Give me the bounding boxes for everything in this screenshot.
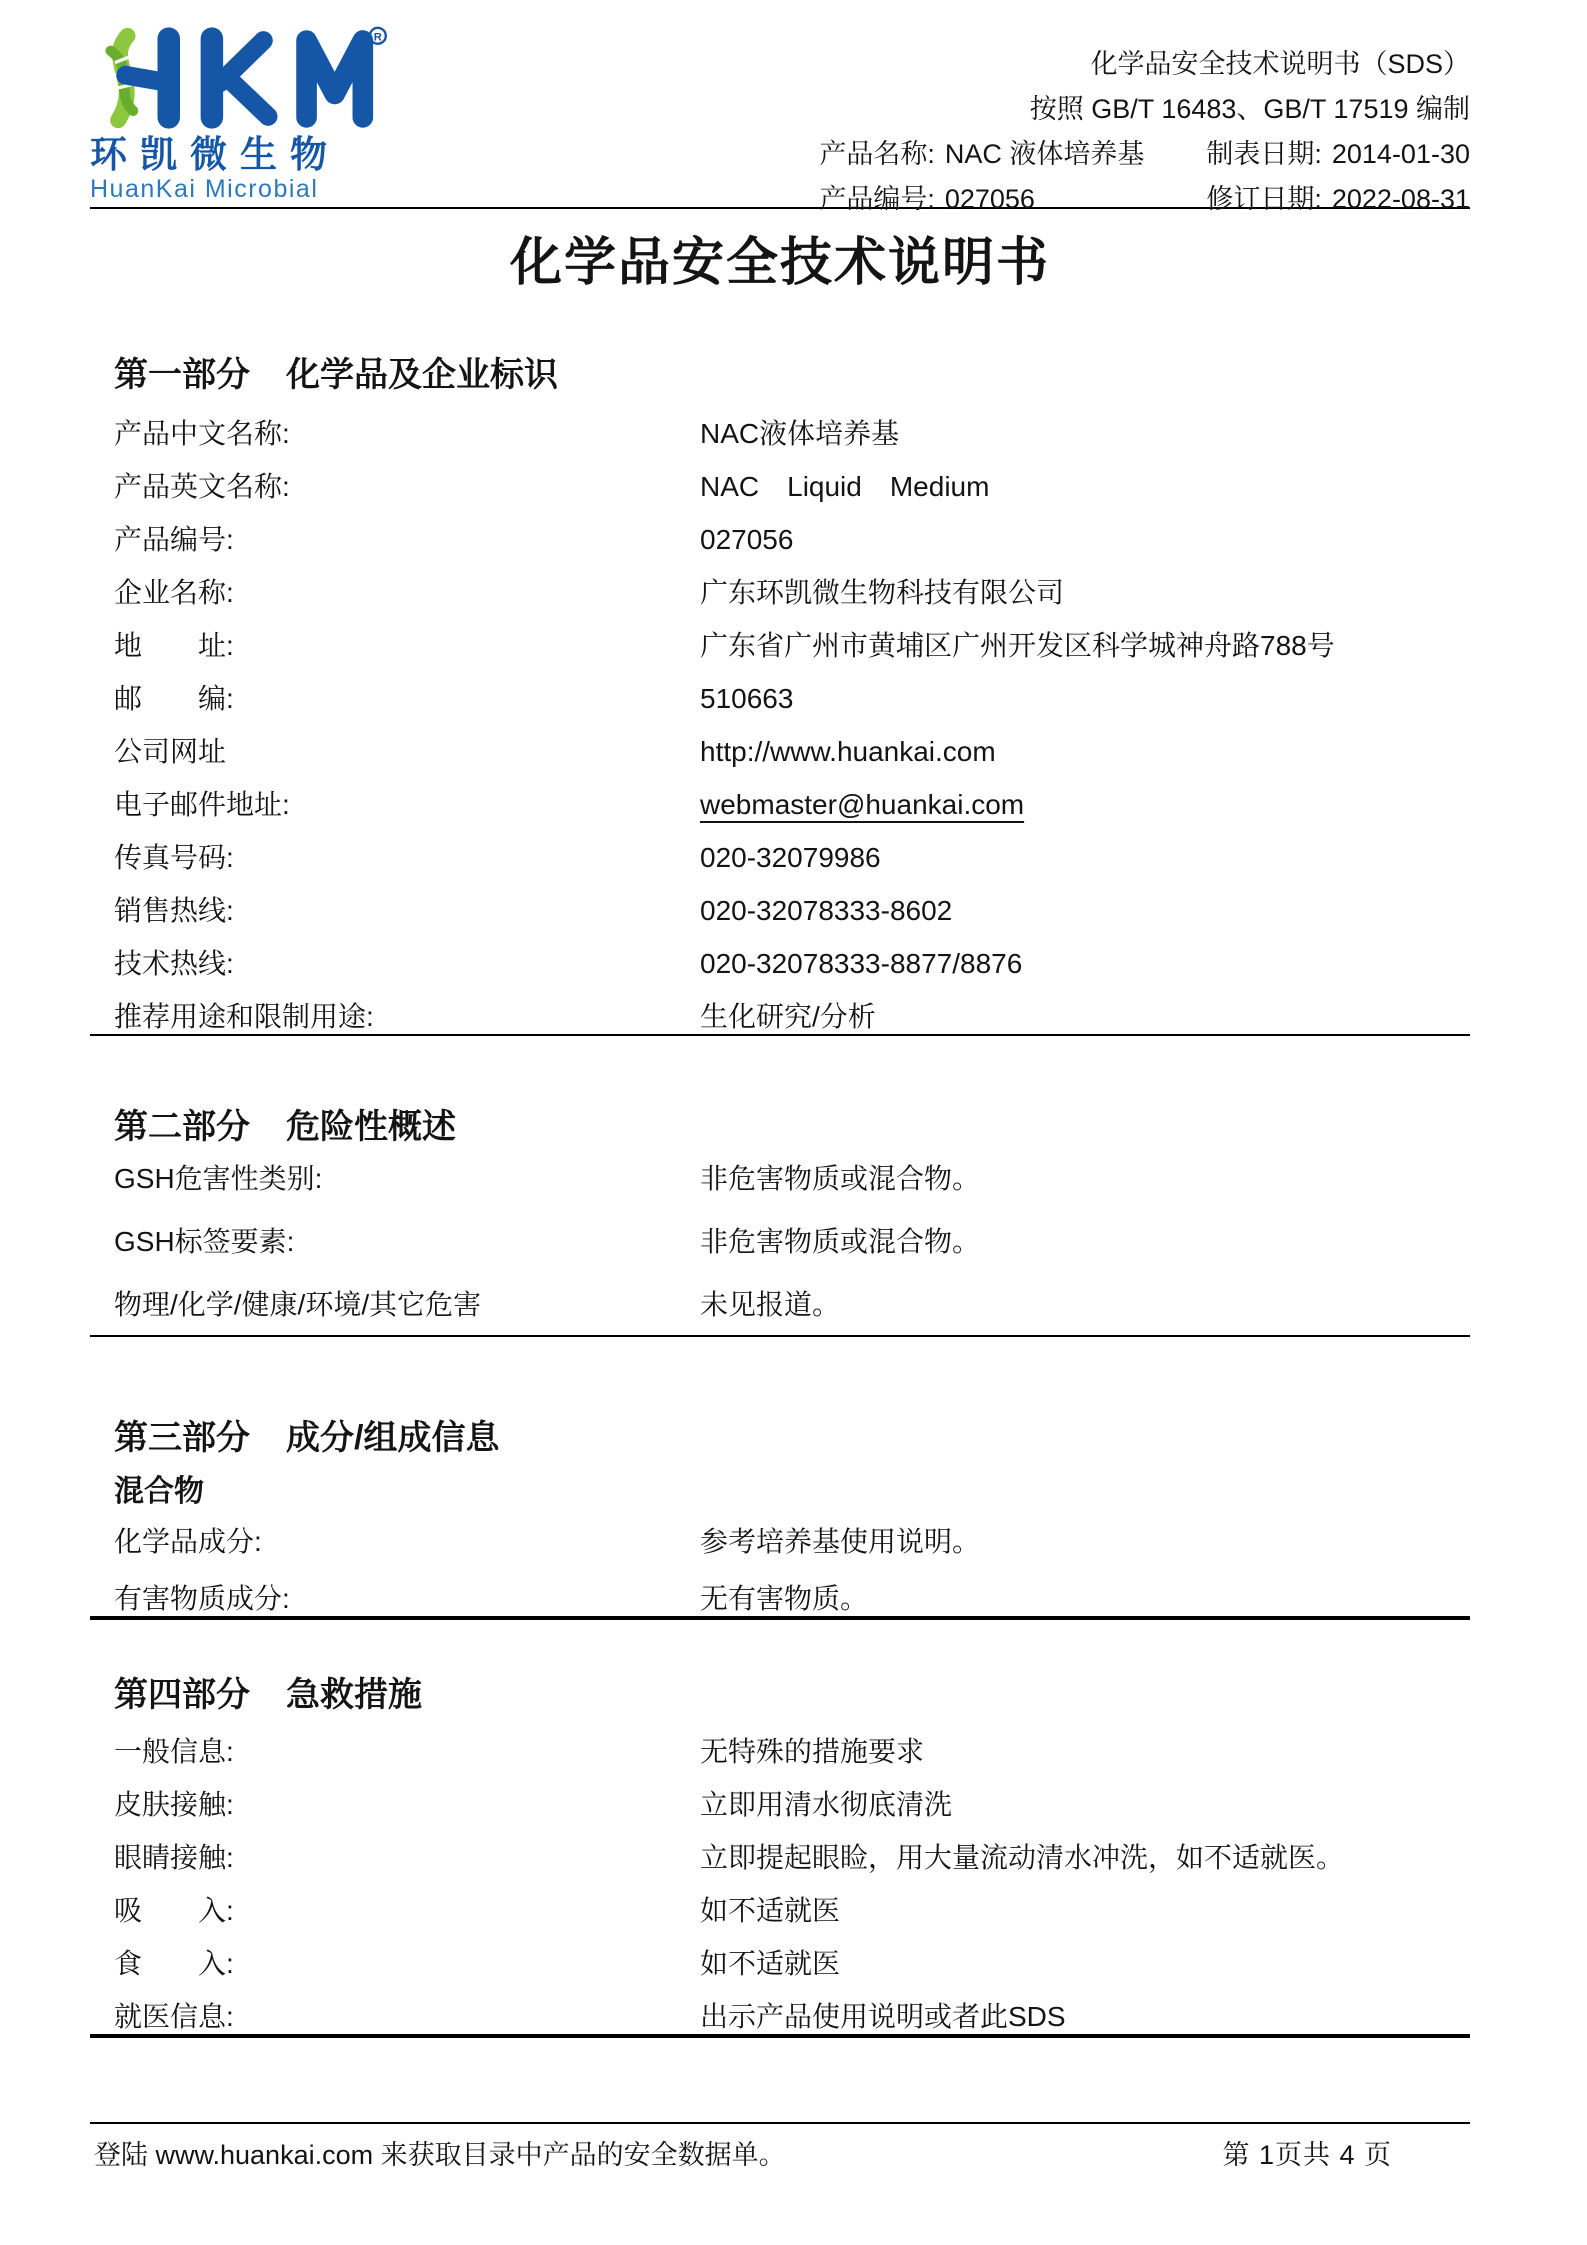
section-3-title: 成分/组成信息 <box>286 1419 499 1457</box>
field-label: 化学品成分: <box>114 1527 700 1557</box>
product-name-label: 产品名称: <box>819 139 935 169</box>
page-footer: 登陆 www.huankai.com 来获取目录中产品的安全数据单。 第 1页共… <box>90 2122 1470 2170</box>
field-label: 电子邮件地址: <box>114 790 700 820</box>
section-2-heading: 第二部分危险性概述 <box>90 1106 1470 1148</box>
field-value: 如不适就医 <box>700 1896 1470 1926</box>
field-label: 眼睛接触: <box>114 1843 700 1873</box>
product-code-field: 产品编号:027056 <box>819 177 1144 222</box>
revised-date-value: 2022-08-31 <box>1332 184 1470 214</box>
field-row-website: 公司网址 http://www.huankai.com <box>90 737 1470 767</box>
field-value: 非危害物质或混合物。 <box>700 1164 1470 1194</box>
field-value: 非危害物质或混合物。 <box>700 1227 1470 1257</box>
field-row-chemical-composition: 化学品成分: 参考培养基使用说明。 <box>90 1527 1470 1557</box>
product-name-value: NAC 液体培养基 <box>945 139 1145 169</box>
field-row-skin-contact: 皮肤接触: 立即用清水彻底清洗 <box>90 1790 1470 1820</box>
section-4-rows: 一般信息: 无特殊的措施要求 皮肤接触: 立即用清水彻底清洗 眼睛接触: 立即提… <box>90 1737 1470 2032</box>
section-2-hazards: 第二部分危险性概述 GSH危害性类别: 非危害物质或混合物。 GSH标签要素: … <box>90 1106 1470 1337</box>
field-row-cn-name: 产品中文名称: NAC液体培养基 <box>90 419 1470 449</box>
mixture-subheading: 混合物 <box>90 1476 1470 1508</box>
field-row-gsh-class: GSH危害性类别: 非危害物质或混合物。 <box>90 1164 1470 1194</box>
field-label: 产品中文名称: <box>114 419 700 449</box>
sds-document-page: R 环凯微生物 HuanKai Microbial 化学品安全技术说明书（SDS… <box>0 0 1587 2245</box>
field-row-tech-hotline: 技术热线: 020-32078333-8877/8876 <box>90 949 1470 979</box>
hkm-letters <box>126 39 363 118</box>
field-row-sales-hotline: 销售热线: 020-32078333-8602 <box>90 896 1470 926</box>
field-row-other-hazards: 物理/化学/健康/环境/其它危害 未见报道。 <box>90 1290 1470 1320</box>
header-meta: 化学品安全技术说明书（SDS） 按照 GB/T 16483、GB/T 17519… <box>819 42 1470 222</box>
field-label: 产品编号: <box>114 525 700 555</box>
hkm-logo: R 环凯微生物 HuanKai Microbial <box>90 26 420 202</box>
field-value: 未见报道。 <box>700 1290 1470 1320</box>
page-indicator: 第 1页共 4 页 <box>1222 2140 1470 2170</box>
section-2-title: 危险性概述 <box>286 1108 456 1146</box>
section-4-title: 急救措施 <box>286 1676 422 1714</box>
field-label: 产品英文名称: <box>114 472 700 502</box>
email-link[interactable]: webmaster@huankai.com <box>700 790 1470 820</box>
field-row-gsh-label: GSH标签要素: 非危害物质或混合物。 <box>90 1227 1470 1257</box>
field-row-fax: 传真号码: 020-32079986 <box>90 843 1470 873</box>
field-value: 如不适就医 <box>700 1949 1470 1979</box>
field-value: 参考培养基使用说明。 <box>700 1527 1470 1557</box>
logo-cn-name: 环凯微生物 <box>90 136 420 173</box>
field-value: 027056 <box>700 525 1470 555</box>
field-label: 吸 入: <box>114 1896 700 1926</box>
field-label: 一般信息: <box>114 1737 700 1767</box>
field-value: 020-32079986 <box>700 843 1470 873</box>
field-row-hazardous-components: 有害物质成分: 无有害物质。 <box>90 1584 1470 1614</box>
section-2-number: 第二部分 <box>114 1108 250 1146</box>
section-3-heading: 第三部分成分/组成信息 <box>90 1417 1470 1459</box>
section-1-heading: 第一部分化学品及企业标识 <box>90 354 1470 396</box>
section-4-heading: 第四部分急救措施 <box>90 1674 1470 1716</box>
standard-line: 按照 GB/T 16483、GB/T 17519 编制 <box>819 87 1470 132</box>
field-row-postcode: 邮 编: 510663 <box>90 684 1470 714</box>
field-value: 立即用清水彻底清洗 <box>700 1790 1470 1820</box>
website-url: http://www.huankai.com <box>700 737 1470 767</box>
field-row-recommended-use: 推荐用途和限制用途: 生化研究/分析 <box>90 1002 1470 1032</box>
field-value: NAC Liquid Medium <box>700 472 1470 502</box>
section-4-first-aid: 第四部分急救措施 一般信息: 无特殊的措施要求 皮肤接触: 立即用清水彻底清洗 … <box>90 1674 1470 2038</box>
field-row-product-code: 产品编号: 027056 <box>90 525 1470 555</box>
section-2-rows: GSH危害性类别: 非危害物质或混合物。 GSH标签要素: 非危害物质或混合物。… <box>90 1164 1470 1320</box>
field-value: 立即提起眼睑，用大量流动清水冲洗，如不适就医。 <box>700 1843 1470 1873</box>
created-date-label: 制表日期: <box>1206 139 1322 169</box>
footer-row: 登陆 www.huankai.com 来获取目录中产品的安全数据单。 第 1页共… <box>90 2140 1470 2170</box>
field-value: 020-32078333-8602 <box>700 896 1470 926</box>
field-value: 出示产品使用说明或者此SDS <box>700 2002 1470 2032</box>
field-value: 无特殊的措施要求 <box>700 1737 1470 1767</box>
field-label: 就医信息: <box>114 2002 700 2032</box>
section-3-number: 第三部分 <box>114 1419 250 1457</box>
field-value: 广东环凯微生物科技有限公司 <box>700 578 1470 608</box>
svg-text:R: R <box>374 32 382 44</box>
section-1-identification: 第一部分化学品及企业标识 产品中文名称: NAC液体培养基 产品英文名称: NA… <box>90 354 1470 1036</box>
section-4-number: 第四部分 <box>114 1676 250 1714</box>
product-code-label: 产品编号: <box>819 184 935 214</box>
field-row-email: 电子邮件地址: webmaster@huankai.com <box>90 790 1470 820</box>
field-value: 广东省广州市黄埔区广州开发区科学城神舟路788号 <box>700 631 1470 661</box>
field-label: 企业名称: <box>114 578 700 608</box>
field-row-general-info: 一般信息: 无特殊的措施要求 <box>90 1737 1470 1767</box>
field-value: 020-32078333-8877/8876 <box>700 949 1470 979</box>
product-name-field: 产品名称:NAC 液体培养基 <box>819 132 1144 177</box>
product-code-value: 027056 <box>945 184 1035 214</box>
field-row-medical-info: 就医信息: 出示产品使用说明或者此SDS <box>90 2002 1470 2032</box>
field-value: 生化研究/分析 <box>700 1002 1470 1032</box>
field-label: GSH危害性类别: <box>114 1164 700 1194</box>
field-row-company: 企业名称: 广东环凯微生物科技有限公司 <box>90 578 1470 608</box>
field-label: 公司网址 <box>114 737 700 767</box>
created-date-field: 制表日期:2014-01-30 <box>1206 132 1470 177</box>
logo-en-name: HuanKai Microbial <box>90 177 420 202</box>
field-label: 皮肤接触: <box>114 1790 700 1820</box>
section-3-rows: 化学品成分: 参考培养基使用说明。 有害物质成分: 无有害物质。 <box>90 1527 1470 1614</box>
hkm-logo-mark: R <box>90 26 390 130</box>
created-date-value: 2014-01-30 <box>1332 139 1470 169</box>
revised-date-field: 修订日期:2022-08-31 <box>1206 177 1470 222</box>
field-label: 物理/化学/健康/环境/其它危害 <box>114 1290 700 1320</box>
field-row-inhalation: 吸 入: 如不适就医 <box>90 1896 1470 1926</box>
document-header: R 环凯微生物 HuanKai Microbial 化学品安全技术说明书（SDS… <box>90 0 1470 209</box>
field-value: 无有害物质。 <box>700 1584 1470 1614</box>
field-row-eye-contact: 眼睛接触: 立即提起眼睑，用大量流动清水冲洗，如不适就医。 <box>90 1843 1470 1873</box>
field-label: GSH标签要素: <box>114 1227 700 1257</box>
field-label: 地 址: <box>114 631 700 661</box>
doc-type-line: 化学品安全技术说明书（SDS） <box>819 42 1470 87</box>
section-1-number: 第一部分 <box>114 356 250 394</box>
field-label: 邮 编: <box>114 684 700 714</box>
page-title: 化学品安全技术说明书 <box>90 235 1470 291</box>
field-label: 技术热线: <box>114 949 700 979</box>
field-label: 食 入: <box>114 1949 700 1979</box>
footer-note: 登陆 www.huankai.com 来获取目录中产品的安全数据单。 <box>94 2140 786 2170</box>
section-3-composition: 第三部分成分/组成信息 混合物 化学品成分: 参考培养基使用说明。 有害物质成分… <box>90 1417 1470 1620</box>
field-label: 销售热线: <box>114 896 700 926</box>
field-value: NAC液体培养基 <box>700 419 1470 449</box>
revised-date-label: 修订日期: <box>1206 184 1322 214</box>
field-label: 推荐用途和限制用途: <box>114 1002 700 1032</box>
header-meta-grid: 产品名称:NAC 液体培养基 制表日期:2014-01-30 产品编号:0270… <box>819 132 1470 222</box>
field-label: 传真号码: <box>114 843 700 873</box>
section-1-rows: 产品中文名称: NAC液体培养基 产品英文名称: NAC Liquid Medi… <box>90 419 1470 1032</box>
field-row-address: 地 址: 广东省广州市黄埔区广州开发区科学城神舟路788号 <box>90 631 1470 661</box>
section-1-title: 化学品及企业标识 <box>286 356 558 394</box>
registered-trademark-icon: R <box>370 28 386 44</box>
field-label: 有害物质成分: <box>114 1584 700 1614</box>
field-row-en-name: 产品英文名称: NAC Liquid Medium <box>90 472 1470 502</box>
field-row-ingestion: 食 入: 如不适就医 <box>90 1949 1470 1979</box>
field-value: 510663 <box>700 684 1470 714</box>
